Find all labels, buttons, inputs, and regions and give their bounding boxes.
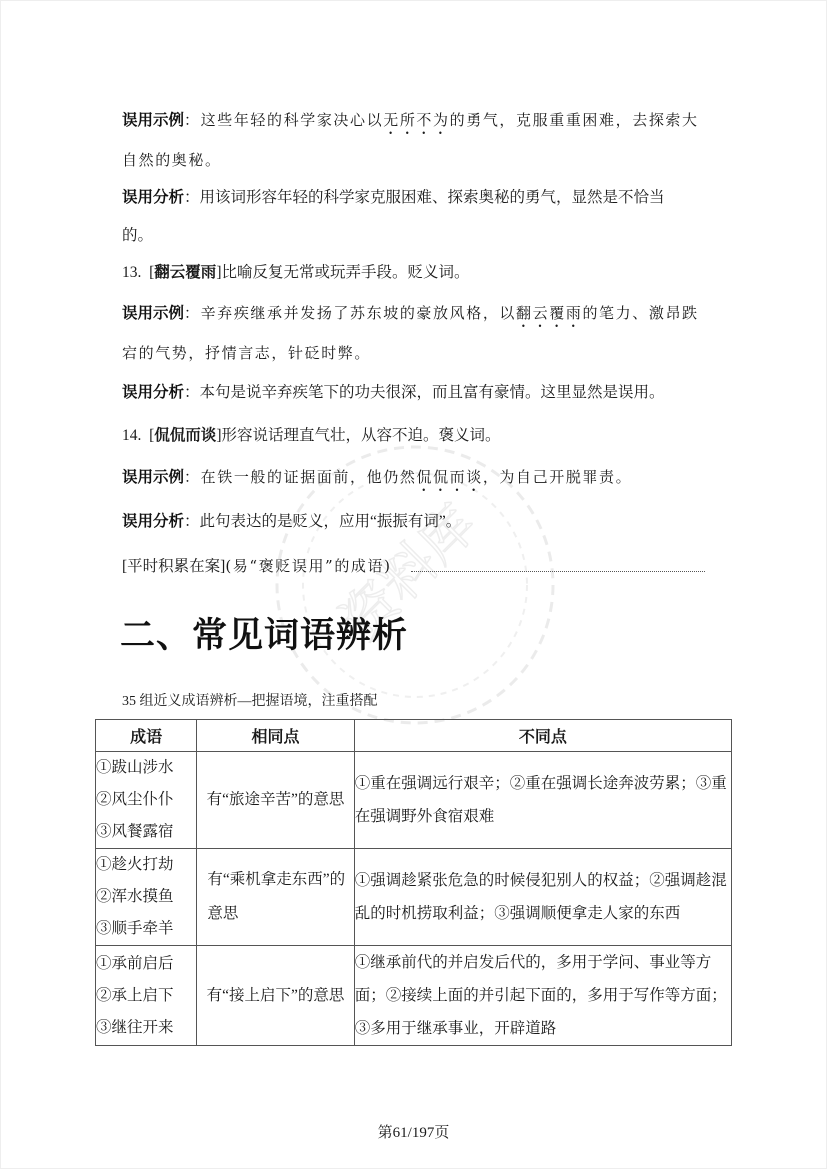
idiom-definition: 形容说话理直气壮，从容不迫。褒义词。: [221, 427, 500, 444]
misuse-analysis-12-cont: 的。: [122, 226, 153, 246]
accumulation-line: [平时积累在案](易“褒贬误用”的成语): [122, 556, 392, 577]
entry-number: 14.: [122, 427, 141, 444]
idiom-term: 翻云覆雨: [154, 264, 216, 281]
misuse-analysis-label: 误用分析: [122, 189, 184, 206]
page-number: 第61/197页: [0, 1121, 827, 1142]
misuse-example-label: 误用示例: [122, 112, 184, 129]
misuse-example-13: 误用示例：辛弃疾继承并发扬了苏东坡的豪放风格，以翻云覆雨的笔力、激昂跌: [122, 303, 699, 331]
misuse-example-label: 误用示例: [122, 305, 184, 322]
difference-cell: ①强调趁紧张危急的时候侵犯别人的权益；②强调趁混乱的时机捞取利益；③强调顺便拿走…: [354, 849, 731, 946]
misuse-analysis-14: 误用分析：此句表达的是贬义，应用“振振有词”。: [122, 512, 461, 532]
misuse-example-12-cont: 自然的奥秘。: [122, 150, 222, 170]
emphasized-idiom: 无所不为: [383, 111, 449, 129]
similarity-cell: 有“旅途辛苦”的意思: [197, 752, 354, 849]
entry-13-heading: 13. [翻云覆雨]比喻反复无常或玩弄手段。贬义词。: [122, 263, 470, 283]
table-row: ①跋山涉水 ②风尘仆仆 ③风餐露宿 有“旅途辛苦”的意思 ①重在强调远行艰辛；②…: [96, 752, 732, 849]
idioms-cell: ①跋山涉水 ②风尘仆仆 ③风餐露宿: [96, 752, 197, 849]
misuse-example-14: 误用示例：在铁一般的证据面前，他仍然侃侃而谈，为自己开脱罪责。: [122, 467, 632, 495]
idioms-cell: ①承前启后 ②承上启下 ③继往开来: [96, 946, 197, 1046]
header-difference: 不同点: [354, 720, 731, 752]
misuse-example-12: 误用示例：这些年轻的科学家决心以无所不为的勇气，克服重重困难，去探索大: [122, 110, 699, 138]
header-similarity: 相同点: [197, 720, 354, 752]
idiom-term: 侃侃而谈: [154, 427, 216, 444]
header-idiom: 成语: [96, 720, 197, 752]
emphasized-idiom: 翻云覆雨: [516, 304, 582, 322]
similarity-cell: 有“乘机拿走东西”的意思: [197, 849, 354, 946]
misuse-analysis-label: 误用分析: [122, 384, 184, 401]
table-header-row: 成语 相同点 不同点: [96, 720, 732, 752]
table-row: ①趁火打劫 ②浑水摸鱼 ③顺手牵羊 有“乘机拿走东西”的意思 ①强调趁紧张危急的…: [96, 849, 732, 946]
misuse-example-label: 误用示例: [122, 469, 184, 486]
misuse-analysis-12: 误用分析：用该词形容年轻的科学家克服困难、探索奥秘的勇气，显然是不恰当: [122, 188, 665, 208]
table-row: ①承前启后 ②承上启下 ③继往开来 有“接上启下”的意思 ①继承前代的并启发后代…: [96, 946, 732, 1046]
idioms-cell: ①趁火打劫 ②浑水摸鱼 ③顺手牵羊: [96, 849, 197, 946]
idiom-definition: 比喻反复无常或玩弄手段。贬义词。: [221, 264, 469, 281]
section-caption: 35 组近义成语辨析—把握语境，注重搭配: [122, 693, 378, 711]
section-heading: 二、常见词语辨析: [120, 614, 408, 658]
entry-14-heading: 14. [侃侃而谈]形容说话理直气壮，从容不迫。褒义词。: [122, 426, 501, 446]
misuse-example-13-cont: 宕的气势，抒情言志，针砭时弊。: [122, 343, 371, 363]
misuse-analysis-label: 误用分析: [122, 513, 184, 530]
idiom-comparison-table: 成语 相同点 不同点 ①跋山涉水 ②风尘仆仆 ③风餐露宿 有“旅途辛苦”的意思 …: [95, 719, 732, 1046]
entry-number: 13.: [122, 264, 141, 281]
similarity-cell: 有“接上启下”的意思: [197, 946, 354, 1046]
emphasized-idiom: 侃侃而谈: [416, 468, 482, 486]
accumulation-bracket: [平时积累在案]: [122, 558, 225, 575]
difference-cell: ①继承前代的并启发后代的，多用于学问、事业等方面；②接续上面的并引起下面的，多用…: [354, 946, 731, 1046]
accumulation-note: (易“褒贬误用”的成语): [225, 557, 391, 575]
dotted-leader: [411, 571, 705, 572]
misuse-analysis-13: 误用分析：本句是说辛弃疾笔下的功夫很深，而且富有豪情。这里显然是误用。: [122, 383, 665, 403]
difference-cell: ①重在强调远行艰辛；②重在强调长途奔波劳累；③重在强调野外食宿艰难: [354, 752, 731, 849]
